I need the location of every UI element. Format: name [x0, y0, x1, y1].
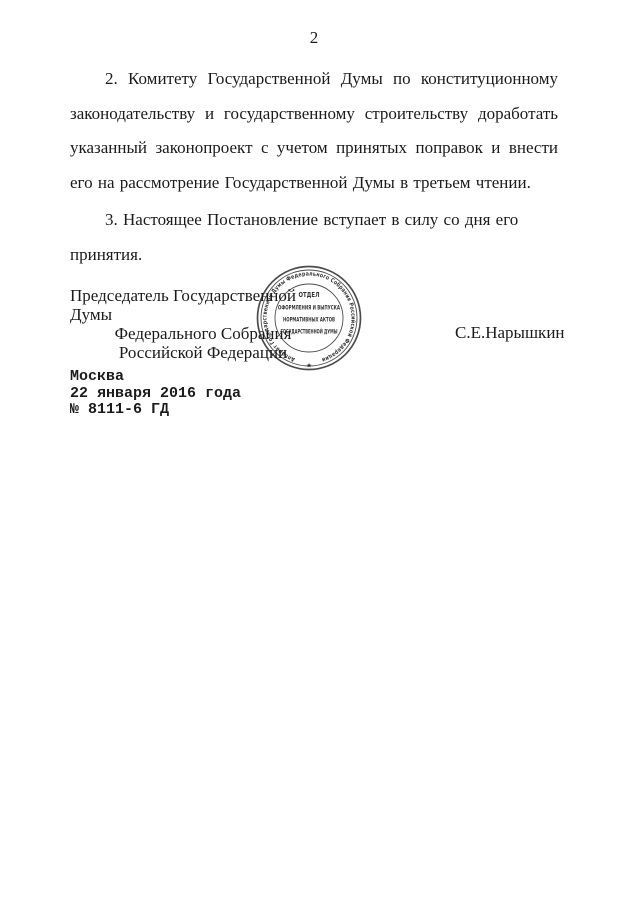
document-footer: Москва 22 января 2016 года № 8111-6 ГД — [70, 369, 241, 419]
signer-name: С.Е.Нарышкин — [455, 323, 565, 343]
paragraph-entry-into-force: 3. Настоящее Постановление вступает в си… — [70, 203, 558, 272]
document-page: 2 2. Комитету Государственной Думы по ко… — [0, 0, 640, 905]
stamp-center-line3: НОРМАТИВНЫХ АКТОВ — [283, 317, 335, 324]
paragraph-committee-instruction: 2. Комитету Государственной Думы по конс… — [70, 62, 558, 200]
stamp-star-icon: ★ — [306, 362, 312, 370]
stamp-center-line4: ГОСУДАРСТВЕННОЙ ДУМЫ — [281, 327, 338, 336]
footer-date: 22 января 2016 года — [70, 386, 241, 403]
page-number: 2 — [70, 28, 558, 48]
footer-city: Москва — [70, 369, 241, 386]
footer-document-number: № 8111-6 ГД — [70, 402, 241, 419]
official-round-stamp: Аппарат Государственной Думы Федеральног… — [254, 263, 364, 373]
stamp-center-line2: ОФОРМЛЕНИЯ И ВЫПУСКА — [278, 305, 340, 312]
stamp-center-line1: ОТДЕЛ — [299, 291, 320, 299]
